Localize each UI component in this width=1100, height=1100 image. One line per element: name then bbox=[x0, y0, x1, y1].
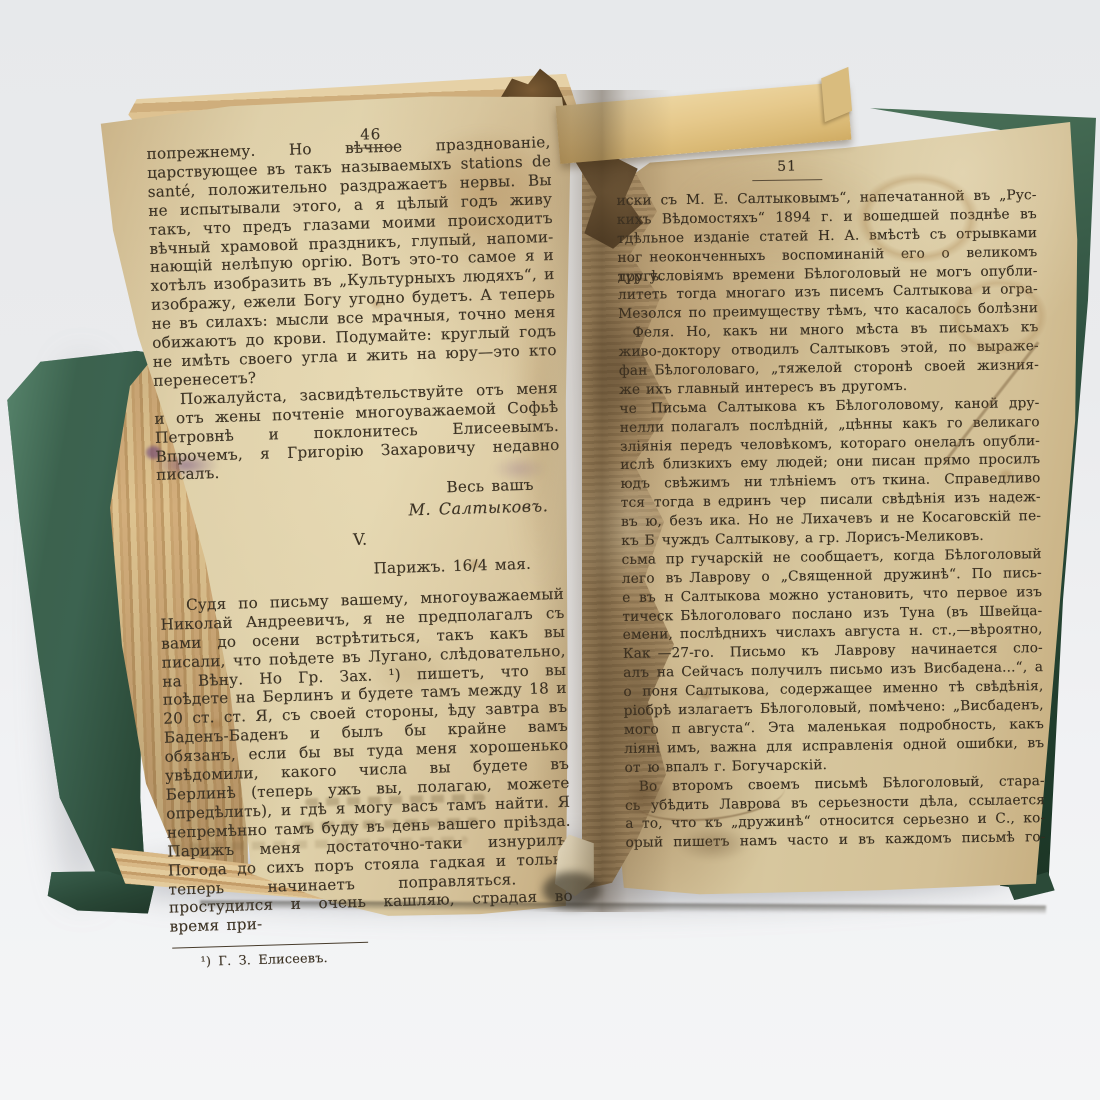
old-book-photo: 46 попрежнему. Но вѣчное празднованіе, ц… bbox=[0, 0, 1100, 1100]
letter-paragraph: попрежнему. Но вѣчное празднованіе, царс… bbox=[146, 133, 557, 391]
footnote-rule bbox=[172, 942, 368, 949]
right-page-text: 51 иски съ М. Е. Салтыковымъ“, напечатан… bbox=[616, 152, 1046, 853]
page-number-label: 51 bbox=[752, 157, 822, 181]
letter-paragraph: Пожалуйста, засвидѣтельствуйте отъ меня … bbox=[154, 379, 561, 485]
tape-shading bbox=[556, 102, 609, 164]
tape-folded-end bbox=[821, 67, 852, 122]
letter-dateline: Парижъ. 16/4 мая. bbox=[159, 555, 531, 585]
page-number-label: 46 bbox=[348, 125, 394, 149]
footnote: ¹) Г. З. Елисеевъ. bbox=[200, 943, 574, 973]
section-heading: V. bbox=[158, 525, 562, 556]
letter-paragraph: Судя по письму вашему, многоуважаемый Ни… bbox=[160, 585, 574, 937]
commentary-text: иски съ М. Е. Салтыковымъ“, напечатанной… bbox=[616, 186, 1045, 853]
left-page-text: 46 попрежнему. Но вѣчное празднованіе, ц… bbox=[146, 120, 575, 974]
page-number-right: 51 bbox=[616, 152, 1036, 184]
